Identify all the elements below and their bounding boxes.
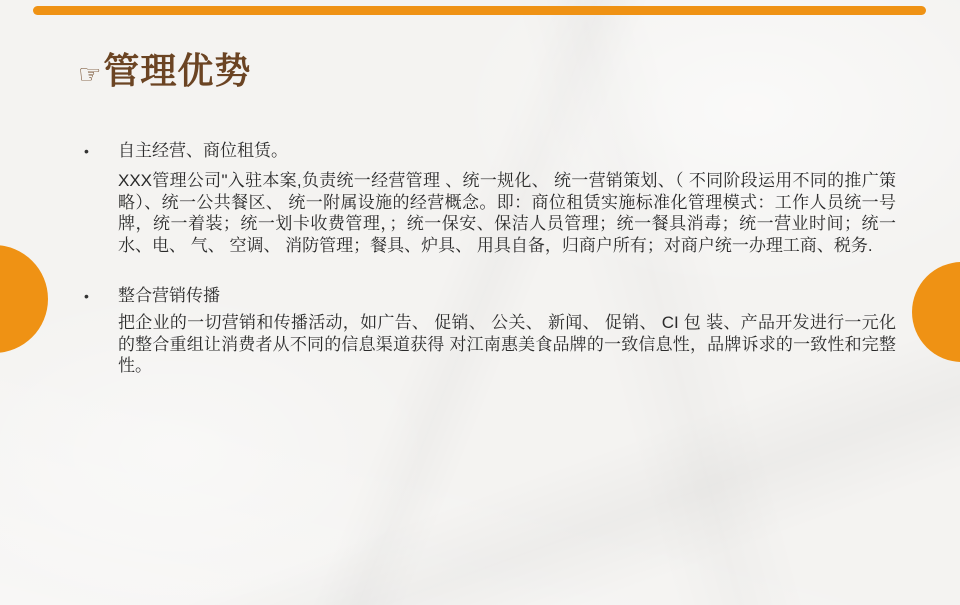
right-accent-circle: [912, 262, 960, 362]
left-accent-circle: [0, 245, 48, 353]
bullet-label-self-operation: 自主经营、商位租赁。: [118, 140, 288, 162]
page-title: ☞ 管理优势: [78, 50, 251, 92]
bullet-marker: •: [84, 143, 89, 159]
bullet-marker: •: [84, 288, 89, 304]
slide-canvas: ☞ 管理优势 • 自主经营、商位租赁。 XXX管理公司"入驻本案,负责统一经营管…: [0, 0, 960, 605]
bullet-body-self-operation: XXX管理公司"入驻本案,负责统一经营管理 、统一规化、 统一营销策划、（ 不同…: [118, 170, 896, 257]
bullet-body-integrated-marketing: 把企业的一切营销和传播活动，如广告、 促销、 公关、 新闻、 促销、 CI 包 …: [118, 312, 896, 377]
bullet-label-integrated-marketing: 整合营销传播: [118, 285, 220, 307]
page-title-text: 管理优势: [103, 50, 251, 92]
top-accent-bar: [33, 6, 926, 15]
pointing-hand-icon: ☞: [78, 61, 101, 87]
